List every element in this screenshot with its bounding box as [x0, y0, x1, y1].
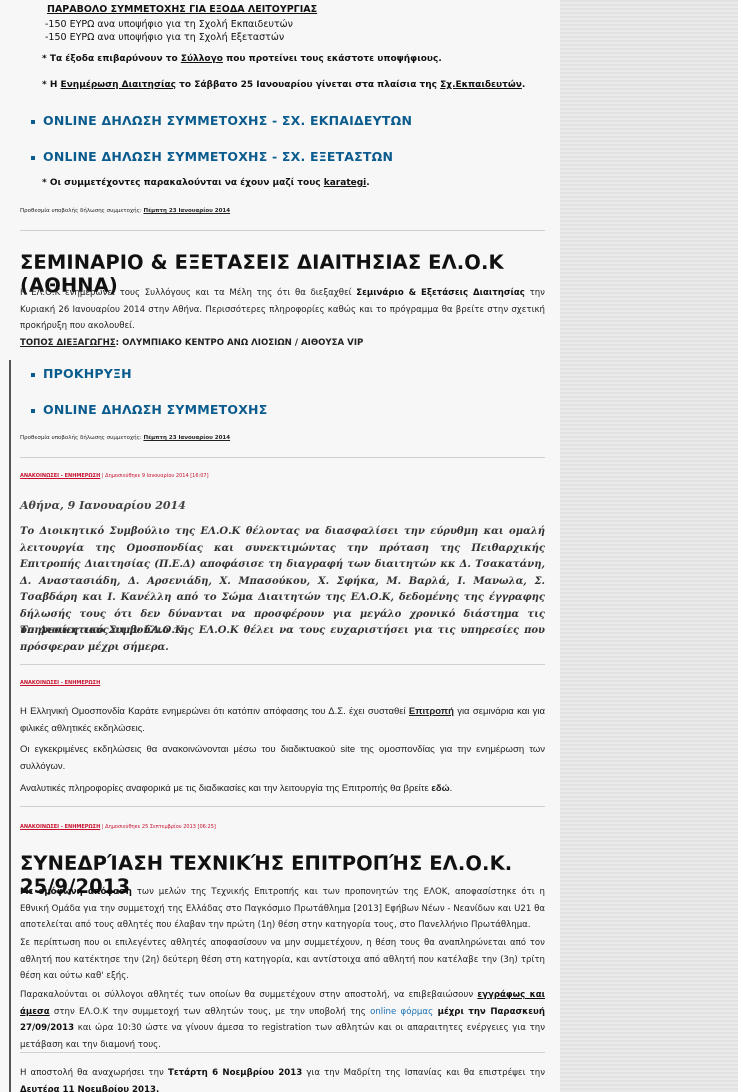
deadline-date: Πέμπτη 23 Ιανουαρίου 2014 — [143, 208, 230, 214]
venue-line: ΤΟΠΟΣ ΔΙΕΞΑΓΩΓΗΣ: ΟΛΥΜΠΙΑΚΟ ΚΕΝΤΡΟ ΑΝΩ Λ… — [20, 335, 545, 352]
post-meta: ΑΝΑΚΟΙΝΩΣΕΙ - ΕΝΗΜΕΡΩΣΗ | Δημοσιεύθηκε 2… — [20, 824, 545, 830]
fee-block: ΠΑΡΑΒΟΛΟ ΣΥΜΜΕΤΟΧΗΣ ΓΙΑ ΕΞΟΔΑ ΛΕΙΤΟΥΡΓΙΑ… — [45, 2, 570, 44]
post-paragraph: Η Ελληνική Ομοσπονδία Καράτε ενημερώνει … — [20, 703, 545, 737]
note-briefing: * Η Ενημέρωση Διαιτησίας το Σάββατο 25 Ι… — [42, 80, 567, 90]
deadline-line: Προθεσμία υποβολής δήλωσης συμμετοχής: Π… — [20, 208, 545, 214]
briefing-link[interactable]: Ενημέρωση Διαιτησίας — [61, 80, 176, 90]
here-link[interactable]: εδώ — [431, 783, 449, 794]
post-date: Αθήνα, 9 Ιανουαρίου 2014 — [20, 499, 545, 512]
post-paragraph: Με ομόφωνη απόφαση των μελών της Τεχνική… — [20, 884, 545, 934]
bullet-icon — [31, 120, 35, 124]
fee-item: -150 ΕΥΡΩ ανα υποψήφιο για τη Σχολή Εκπα… — [45, 18, 570, 31]
karategi-link[interactable]: karategi — [324, 178, 367, 188]
committee-link[interactable]: Επιτροπή — [409, 706, 454, 717]
page-background — [560, 0, 738, 1092]
post-paragraph: Αναλυτικές πληροφορίες αναφορικά με τις … — [20, 780, 545, 797]
post-paragraph: Το Διοικητικό Συμβούλιο της ΕΛ.Ο.Κ θέλει… — [20, 623, 545, 656]
seminar-intro: Η ΕΛ.Ο.Κ ενημερώνει τους Συλλόγους και τ… — [20, 285, 545, 335]
category-link[interactable]: ΑΝΑΚΟΙΝΩΣΕΙ - ΕΝΗΜΕΡΩΣΗ — [20, 473, 100, 479]
note-karategi: * Οι συμμετέχοντες παρακαλούνται να έχου… — [42, 178, 567, 188]
venue-value: : ΟΛΥΜΠΙΑΚΟ ΚΕΝΤΡΟ ΑΝΩ ΛΙΟΣΙΩΝ / ΑΙΘΟΥΣΑ… — [116, 338, 364, 348]
bullet-icon — [31, 409, 35, 413]
published-date: | Δημοσιεύθηκε 9 Ιανουαρίου 2014 [16:07] — [100, 473, 208, 479]
category-link[interactable]: ΑΝΑΚΟΙΝΩΣΕΙ - ΕΝΗΜΕΡΩΣΗ — [20, 680, 100, 686]
club-link[interactable]: Σύλλογο — [181, 54, 223, 64]
deadline-date: Πέμπτη 23 Ιανουαρίου 2014 — [143, 435, 230, 441]
note-expenses: * Τα έξοδα επιβαρύνουν το Σύλλογο που πρ… — [42, 54, 567, 64]
fee-item: -150 ΕΥΡΩ ανα υποψήφιο για τη Σχολή Εξετ… — [45, 31, 570, 44]
instructors-school-link[interactable]: Σχ.Εκπαιδευτών — [440, 80, 522, 90]
post-paragraph: Η αποστολή θα αναχωρήσει την Τετάρτη 6 Ν… — [20, 1065, 545, 1092]
bullet-icon — [31, 373, 35, 377]
online-signup-examiners-link[interactable]: ONLINE ΔΗΛΩΣΗ ΣΥΜΜΕΤΟΧΗΣ - ΣΧ. ΕΞΕΤΑΣΤΩΝ — [31, 149, 556, 164]
content-left-border — [9, 360, 11, 1092]
main-content: ΠΑΡΑΒΟΛΟ ΣΥΜΜΕΤΟΧΗΣ ΓΙΑ ΕΞΟΔΑ ΛΕΙΤΟΥΡΓΙΑ… — [0, 0, 560, 1092]
online-signup-link[interactable]: ONLINE ΔΗΛΩΣΗ ΣΥΜΜΕΤΟΧΗΣ — [31, 402, 556, 417]
post-paragraph: Παρακαλούνται οι σύλλογοι αθλητές των οπ… — [20, 987, 545, 1053]
venue-label: ΤΟΠΟΣ ΔΙΕΞΑΓΩΓΗΣ — [20, 338, 116, 348]
post-paragraph: Σε περίπτωση που οι επιλεγέντες αθλητές … — [20, 935, 545, 985]
published-date: | Δημοσιεύθηκε 25 Σεπτεμβρίου 2013 [06:2… — [100, 824, 216, 830]
post-meta: ΑΝΑΚΟΙΝΩΣΕΙ - ΕΝΗΜΕΡΩΣΗ | Δημοσιεύθηκε 9… — [20, 473, 545, 479]
divider — [20, 664, 545, 665]
online-form-link[interactable]: online φόρμας — [370, 1007, 433, 1017]
post-paragraph: Οι εγκεκριμένες εκδηλώσεις θα ανακοινώνο… — [20, 741, 545, 775]
online-signup-instructors-link[interactable]: ONLINE ΔΗΛΩΣΗ ΣΥΜΜΕΤΟΧΗΣ - ΣΧ. ΕΚΠΑΙΔΕΥΤ… — [31, 113, 556, 128]
divider — [20, 1052, 545, 1053]
post-meta: ΑΝΑΚΟΙΝΩΣΕΙ - ΕΝΗΜΕΡΩΣΗ — [20, 680, 545, 686]
divider — [20, 457, 545, 458]
divider — [20, 806, 545, 807]
fee-title: ΠΑΡΑΒΟΛΟ ΣΥΜΜΕΤΟΧΗΣ ΓΙΑ ΕΞΟΔΑ ΛΕΙΤΟΥΡΓΙΑ… — [45, 2, 570, 18]
deadline-line: Προθεσμία υποβολής δήλωσης συμμετοχής: Π… — [20, 435, 545, 441]
announcement-link[interactable]: ΠΡΟΚΗΡΥΞΗ — [31, 366, 556, 381]
bullet-icon — [31, 156, 35, 160]
divider — [20, 230, 545, 231]
category-link[interactable]: ΑΝΑΚΟΙΝΩΣΕΙ - ΕΝΗΜΕΡΩΣΗ — [20, 824, 100, 830]
